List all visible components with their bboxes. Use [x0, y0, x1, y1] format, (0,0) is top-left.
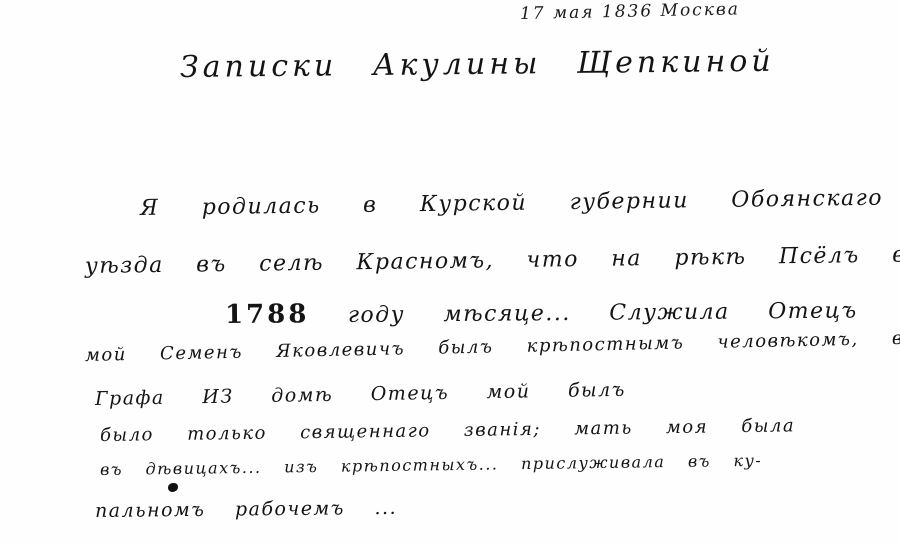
manuscript-line-5: Графа ИЗ домѣ Отецъ мой былъ [95, 379, 626, 410]
year-1788: 1788 [225, 299, 310, 330]
manuscript-line-7: въ дѣвицахъ... изъ крѣпостныхъ... прислу… [100, 451, 762, 479]
document-title: Записки Акулины Щепкиной [180, 44, 775, 85]
manuscript-line-4: мой Семенъ Яковлевичъ былъ крѣпостнымъ ч… [85, 328, 900, 366]
manuscript-line-3-text: году мѣсяце... Служила Отецъ [348, 298, 858, 327]
manuscript-line-6: было только священнаго званія; мать моя … [100, 415, 795, 446]
manuscript-page: 17 мая 1836 Москва Записки Акулины Щепки… [0, 0, 900, 544]
ink-blot [168, 483, 178, 492]
manuscript-line-3: 1788 году мѣсяце... Служила Отецъ [225, 294, 858, 330]
dateline: 17 мая 1836 Москва [520, 0, 740, 24]
manuscript-line-8: пальномъ рабочемъ ... [95, 497, 397, 522]
manuscript-line-2: уѣзда въ селѣ Красномъ, что на рѣкѣ Псёл… [85, 242, 900, 279]
manuscript-line-1: Я родилась в Курской губернии Обоянскаго [140, 186, 883, 221]
